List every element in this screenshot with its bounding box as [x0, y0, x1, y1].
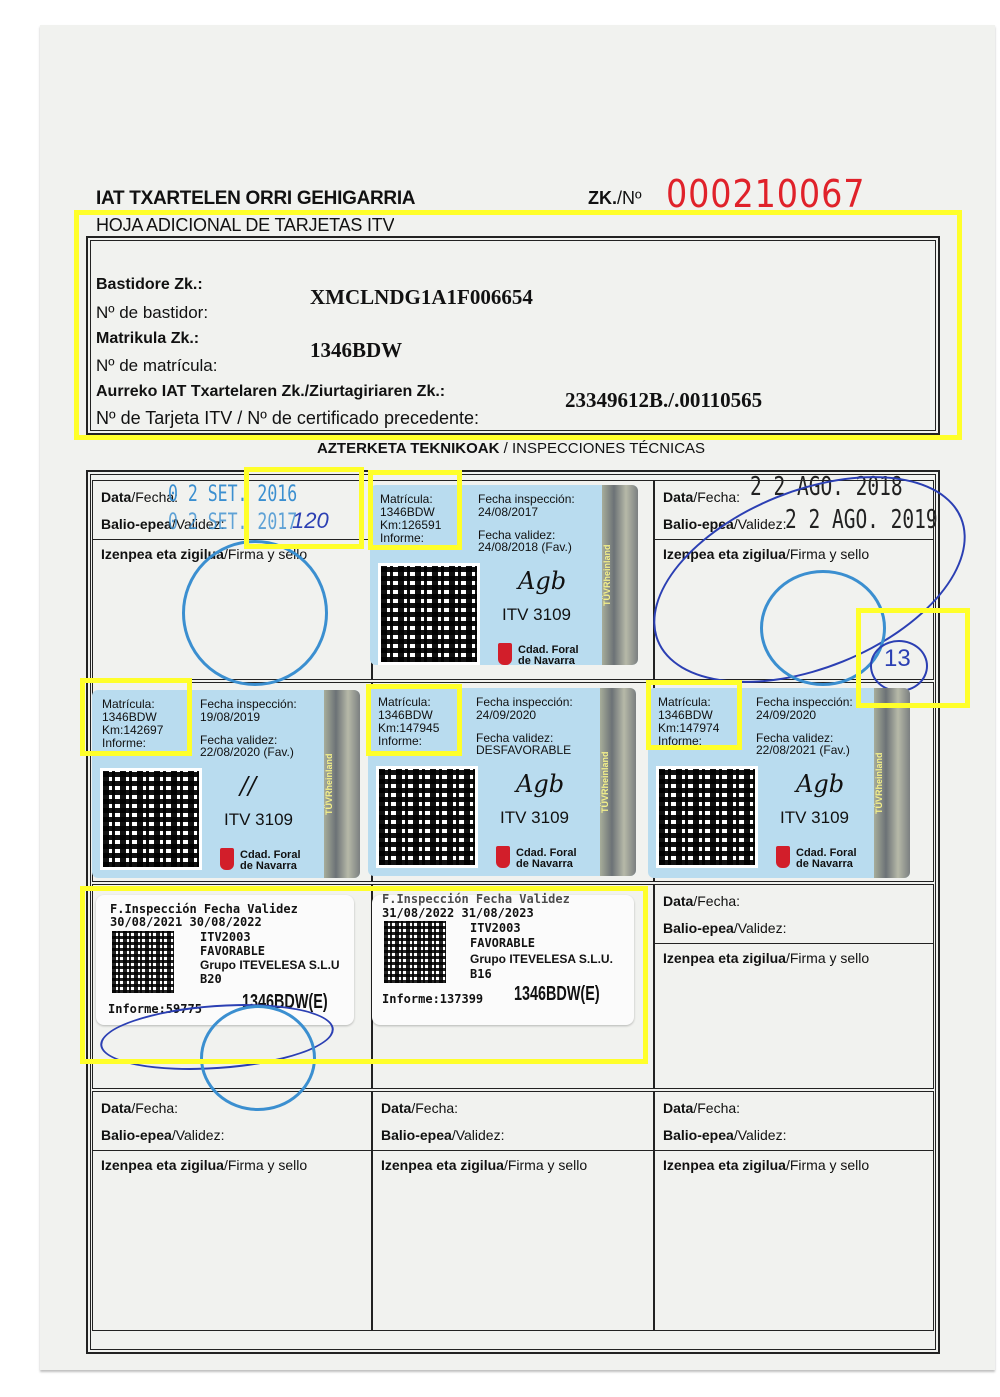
title-basque: IAT TXARTELEN ORRI GEHIGARRIA: [96, 188, 415, 210]
qr-code-icon: [100, 768, 202, 870]
inspection-cell-12: Data/Fecha: Balio-epea/Validez: Izenpea …: [654, 1091, 934, 1331]
navarra-shield-icon: [498, 643, 512, 665]
highlight-sticker-4-mat: [646, 680, 742, 750]
tuv-hologram: TÜVRheinland: [602, 485, 638, 665]
highlight-sticker-1-mat: [368, 470, 462, 550]
navarra-shield-icon: [496, 846, 510, 868]
tuv-round-stamp-icon: [182, 540, 328, 686]
qr-code-icon: [376, 766, 478, 868]
highlight-vehicle-info: [74, 210, 962, 440]
inspection-cell-9: Data/Fecha: Balio-epea/Validez: Izenpea …: [654, 884, 934, 1089]
inspection-cell-11: Data/Fecha: Balio-epea/Validez: Izenpea …: [372, 1091, 654, 1331]
qr-code-icon: [378, 563, 480, 665]
navarra-shield-icon: [220, 848, 234, 870]
highlight-itevelesa: [80, 886, 648, 1064]
highlight-sticker-3-mat: [366, 684, 462, 756]
qr-code-icon: [656, 766, 758, 868]
number-label: ZK./Nº: [588, 188, 642, 209]
tuv-hologram: TÜVRheinland: [324, 690, 360, 878]
highlight-sticker-2-mat: [80, 678, 192, 756]
highlight-note-1: [244, 467, 364, 549]
tuv-hologram: TÜVRheinland: [874, 688, 910, 878]
highlight-note-3: [856, 608, 970, 708]
navarra-shield-icon: [776, 846, 790, 868]
inspection-cell-10: Data/Fecha: Balio-epea/Validez: Izenpea …: [92, 1091, 372, 1331]
tuv-hologram: TÜVRheinland: [600, 688, 636, 876]
inspections-heading: AZTERKETA TEKNIKOAK / INSPECCIONES TÉCNI…: [86, 440, 936, 457]
